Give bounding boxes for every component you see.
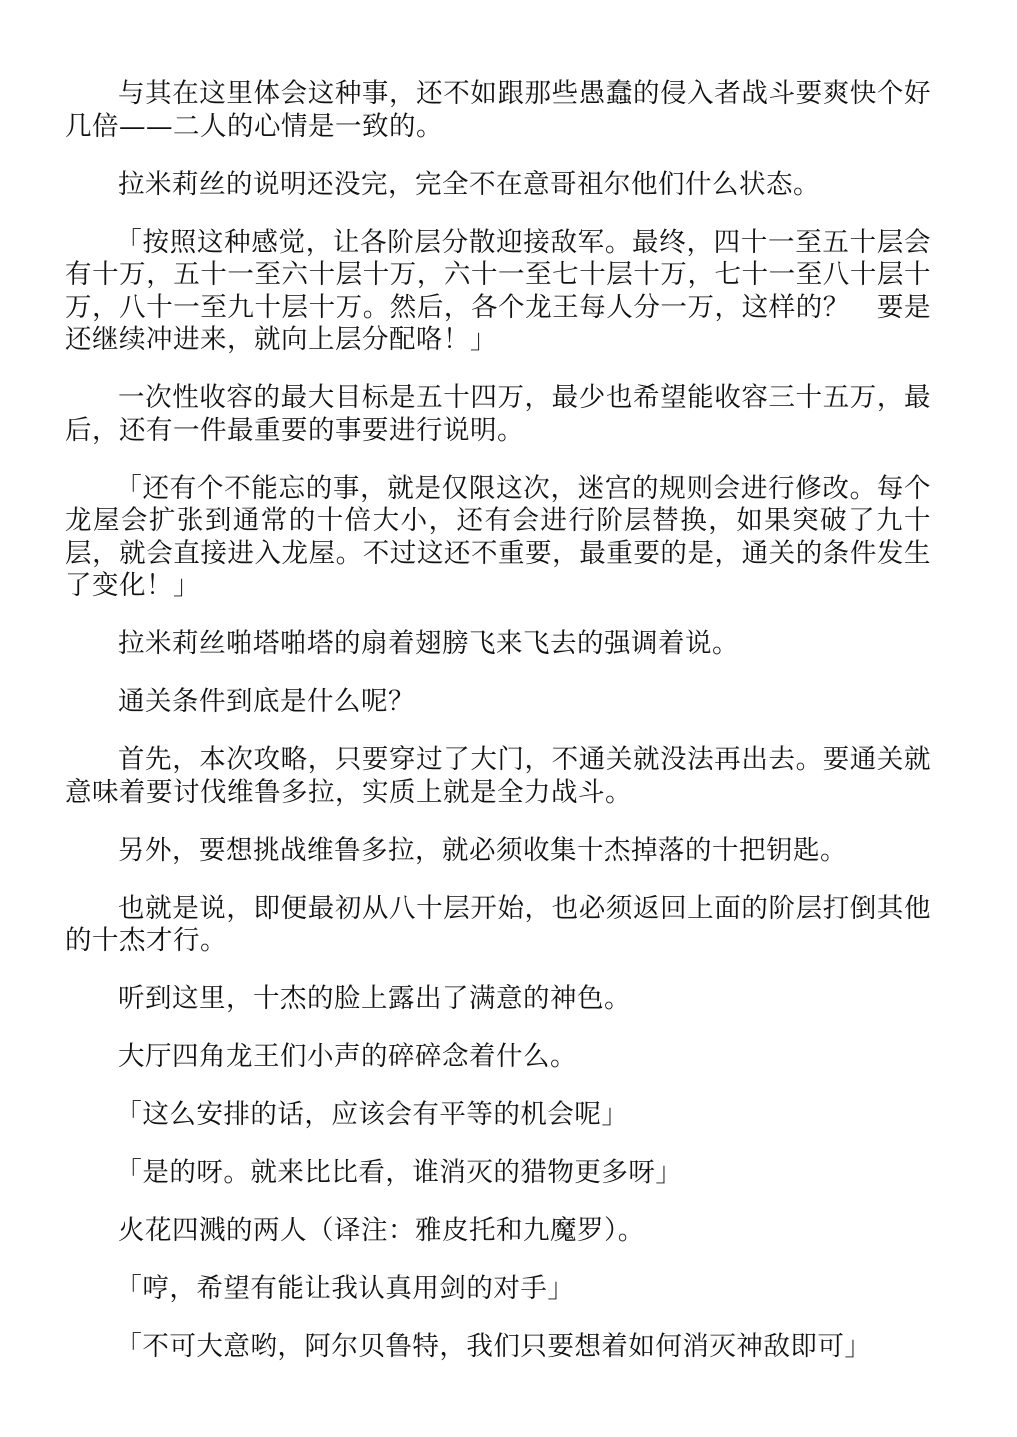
dialog-paragraph-16: 「哼，希望有能让我认真用剑的对手」	[65, 1273, 931, 1306]
paragraph-15: 火花四溅的两人（译注：雅皮托和九魔罗）。	[65, 1215, 931, 1248]
paragraph-1: 与其在这里体会这种事，还不如跟那些愚蠢的侵入者战斗要爽快个好几倍——二人的心情是…	[65, 78, 931, 143]
paragraph-8: 首先，本次攻略，只要穿过了大门，不通关就没法再出去。要通关就意味着要讨伐维鲁多拉…	[65, 744, 931, 809]
document-page: 与其在这里体会这种事，还不如跟那些愚蠢的侵入者战斗要爽快个好几倍——二人的心情是…	[65, 78, 931, 1389]
paragraph-2: 拉米莉丝的说明还没完，完全不在意哥祖尔他们什么状态。	[65, 169, 931, 202]
dialog-paragraph-13: 「这么安排的话，应该会有平等的机会呢」	[65, 1099, 931, 1132]
paragraph-6: 拉米莉丝啪塔啪塔的扇着翅膀飞来飞去的强调着说。	[65, 628, 931, 661]
dialog-paragraph-17: 「不可大意哟，阿尔贝鲁特，我们只要想着如何消灭神敌即可」	[65, 1331, 931, 1364]
dialog-paragraph-5: 「还有个不能忘的事，就是仅限这次，迷宫的规则会进行修改。每个龙屋会扩张到通常的十…	[65, 473, 931, 603]
dialog-paragraph-3: 「按照这种感觉，让各阶层分散迎接敌军。最终，四十一至五十层会有十万，五十一至六十…	[65, 227, 931, 357]
paragraph-12: 大厅四角龙王们小声的碎碎念着什么。	[65, 1041, 931, 1074]
paragraph-4: 一次性收容的最大目标是五十四万，最少也希望能收容三十五万，最后，还有一件最重要的…	[65, 382, 931, 447]
paragraph-9: 另外，要想挑战维鲁多拉，就必须收集十杰掉落的十把钥匙。	[65, 835, 931, 868]
dialog-paragraph-14: 「是的呀。就来比比看，谁消灭的猎物更多呀」	[65, 1157, 931, 1190]
paragraph-7: 通关条件到底是什么呢？	[65, 686, 931, 719]
paragraph-10: 也就是说，即便最初从八十层开始，也必须返回上面的阶层打倒其他的十杰才行。	[65, 893, 931, 958]
paragraph-11: 听到这里，十杰的脸上露出了满意的神色。	[65, 983, 931, 1016]
